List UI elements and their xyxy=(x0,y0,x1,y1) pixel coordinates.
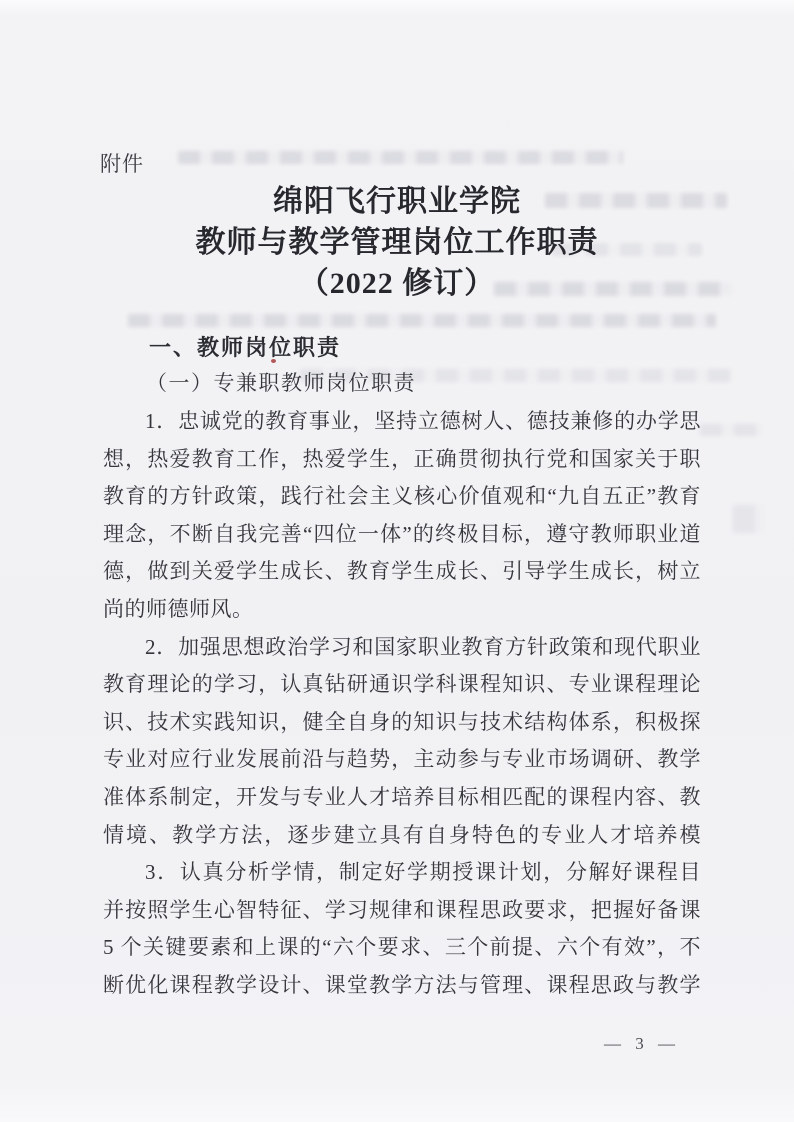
text-line: 准体系制定，开发与专业人才培养目标相匹配的课程内容、教学 xyxy=(103,779,701,817)
subsection-heading: （一）专兼职教师岗位职责 xyxy=(146,367,416,397)
paragraph-3: 3．认真分析学情，制定好学期授课计划，分解好课程目标，并按照学生心智特征、学习规… xyxy=(103,854,701,1004)
red-ink-speck xyxy=(271,359,276,363)
bleedthrough-mark xyxy=(178,151,623,164)
document-page: 附件 绵阳飞行职业学院 教师与教学管理岗位工作职责 （2022 修订） 一、教师… xyxy=(0,0,794,1122)
section-heading: 一、教师岗位职责 xyxy=(149,331,341,362)
text-line: 想，热爱教育工作，热爱学生，正确贯彻执行党和国家关于职业 xyxy=(103,441,701,479)
document-title-line-1: 绵阳飞行职业学院 xyxy=(0,181,794,222)
text-line: 5 个关键要素和上课的“六个要求、三个前提、六个有效”，不 xyxy=(103,929,701,967)
text-line: 2．加强思想政治学习和国家职业教育方针政策和现代职业 xyxy=(103,629,701,667)
text-line: 教育理论的学习，认真钻研通识学科课程知识、专业课程理论知 xyxy=(103,666,701,704)
text-line: 尚的师德师风。 xyxy=(103,591,701,629)
bleedthrough-mark xyxy=(700,424,762,436)
bleedthrough-mark xyxy=(128,314,716,327)
text-line: 并按照学生心智特征、学习规律和课程思政要求，把握好备课的 xyxy=(103,892,701,930)
text-line: 教育的方针政策，践行社会主义核心价值观和“九自五正”教育 xyxy=(103,478,701,516)
text-line: 断优化课程教学设计、课堂教学方法与管理、课程思政与教学内 xyxy=(103,967,701,1005)
paragraph-1: 1．忠诚党的教育事业，坚持立德树人、德技兼修的办学思想，热爱教育工作，热爱学生，… xyxy=(103,403,701,629)
text-line: 识、技术实践知识，健全自身的知识与技术结构体系，积极探索 xyxy=(103,704,701,742)
bleedthrough-mark xyxy=(733,505,763,533)
paragraph-2: 2．加强思想政治学习和国家职业教育方针政策和现代职业教育理论的学习，认真钻研通识… xyxy=(103,629,701,855)
attachment-label: 附件 xyxy=(100,148,144,178)
text-line: 情境、教学方法，逐步建立具有自身特色的专业人才培养模式。 xyxy=(103,817,701,855)
page-number: — 3 — xyxy=(604,1034,680,1054)
text-line: 3．认真分析学情，制定好学期授课计划，分解好课程目标， xyxy=(103,854,701,892)
document-title: 绵阳飞行职业学院 教师与教学管理岗位工作职责 （2022 修订） xyxy=(0,181,794,304)
document-title-line-2: 教师与教学管理岗位工作职责 xyxy=(0,222,794,263)
text-line: 1．忠诚党的教育事业，坚持立德树人、德技兼修的办学思 xyxy=(103,403,701,441)
text-line: 德，做到关爱学生成长、教育学生成长、引导学生成长，树立高 xyxy=(103,553,701,591)
text-line: 理念，不断自我完善“四位一体”的终极目标，遵守教师职业道 xyxy=(103,516,701,554)
text-line: 专业对应行业发展前沿与趋势，主动参与专业市场调研、教学标 xyxy=(103,741,701,779)
document-title-line-3: （2022 修订） xyxy=(0,263,794,304)
body-text: 1．忠诚党的教育事业，坚持立德树人、德技兼修的办学思想，热爱教育工作，热爱学生，… xyxy=(103,403,701,1005)
